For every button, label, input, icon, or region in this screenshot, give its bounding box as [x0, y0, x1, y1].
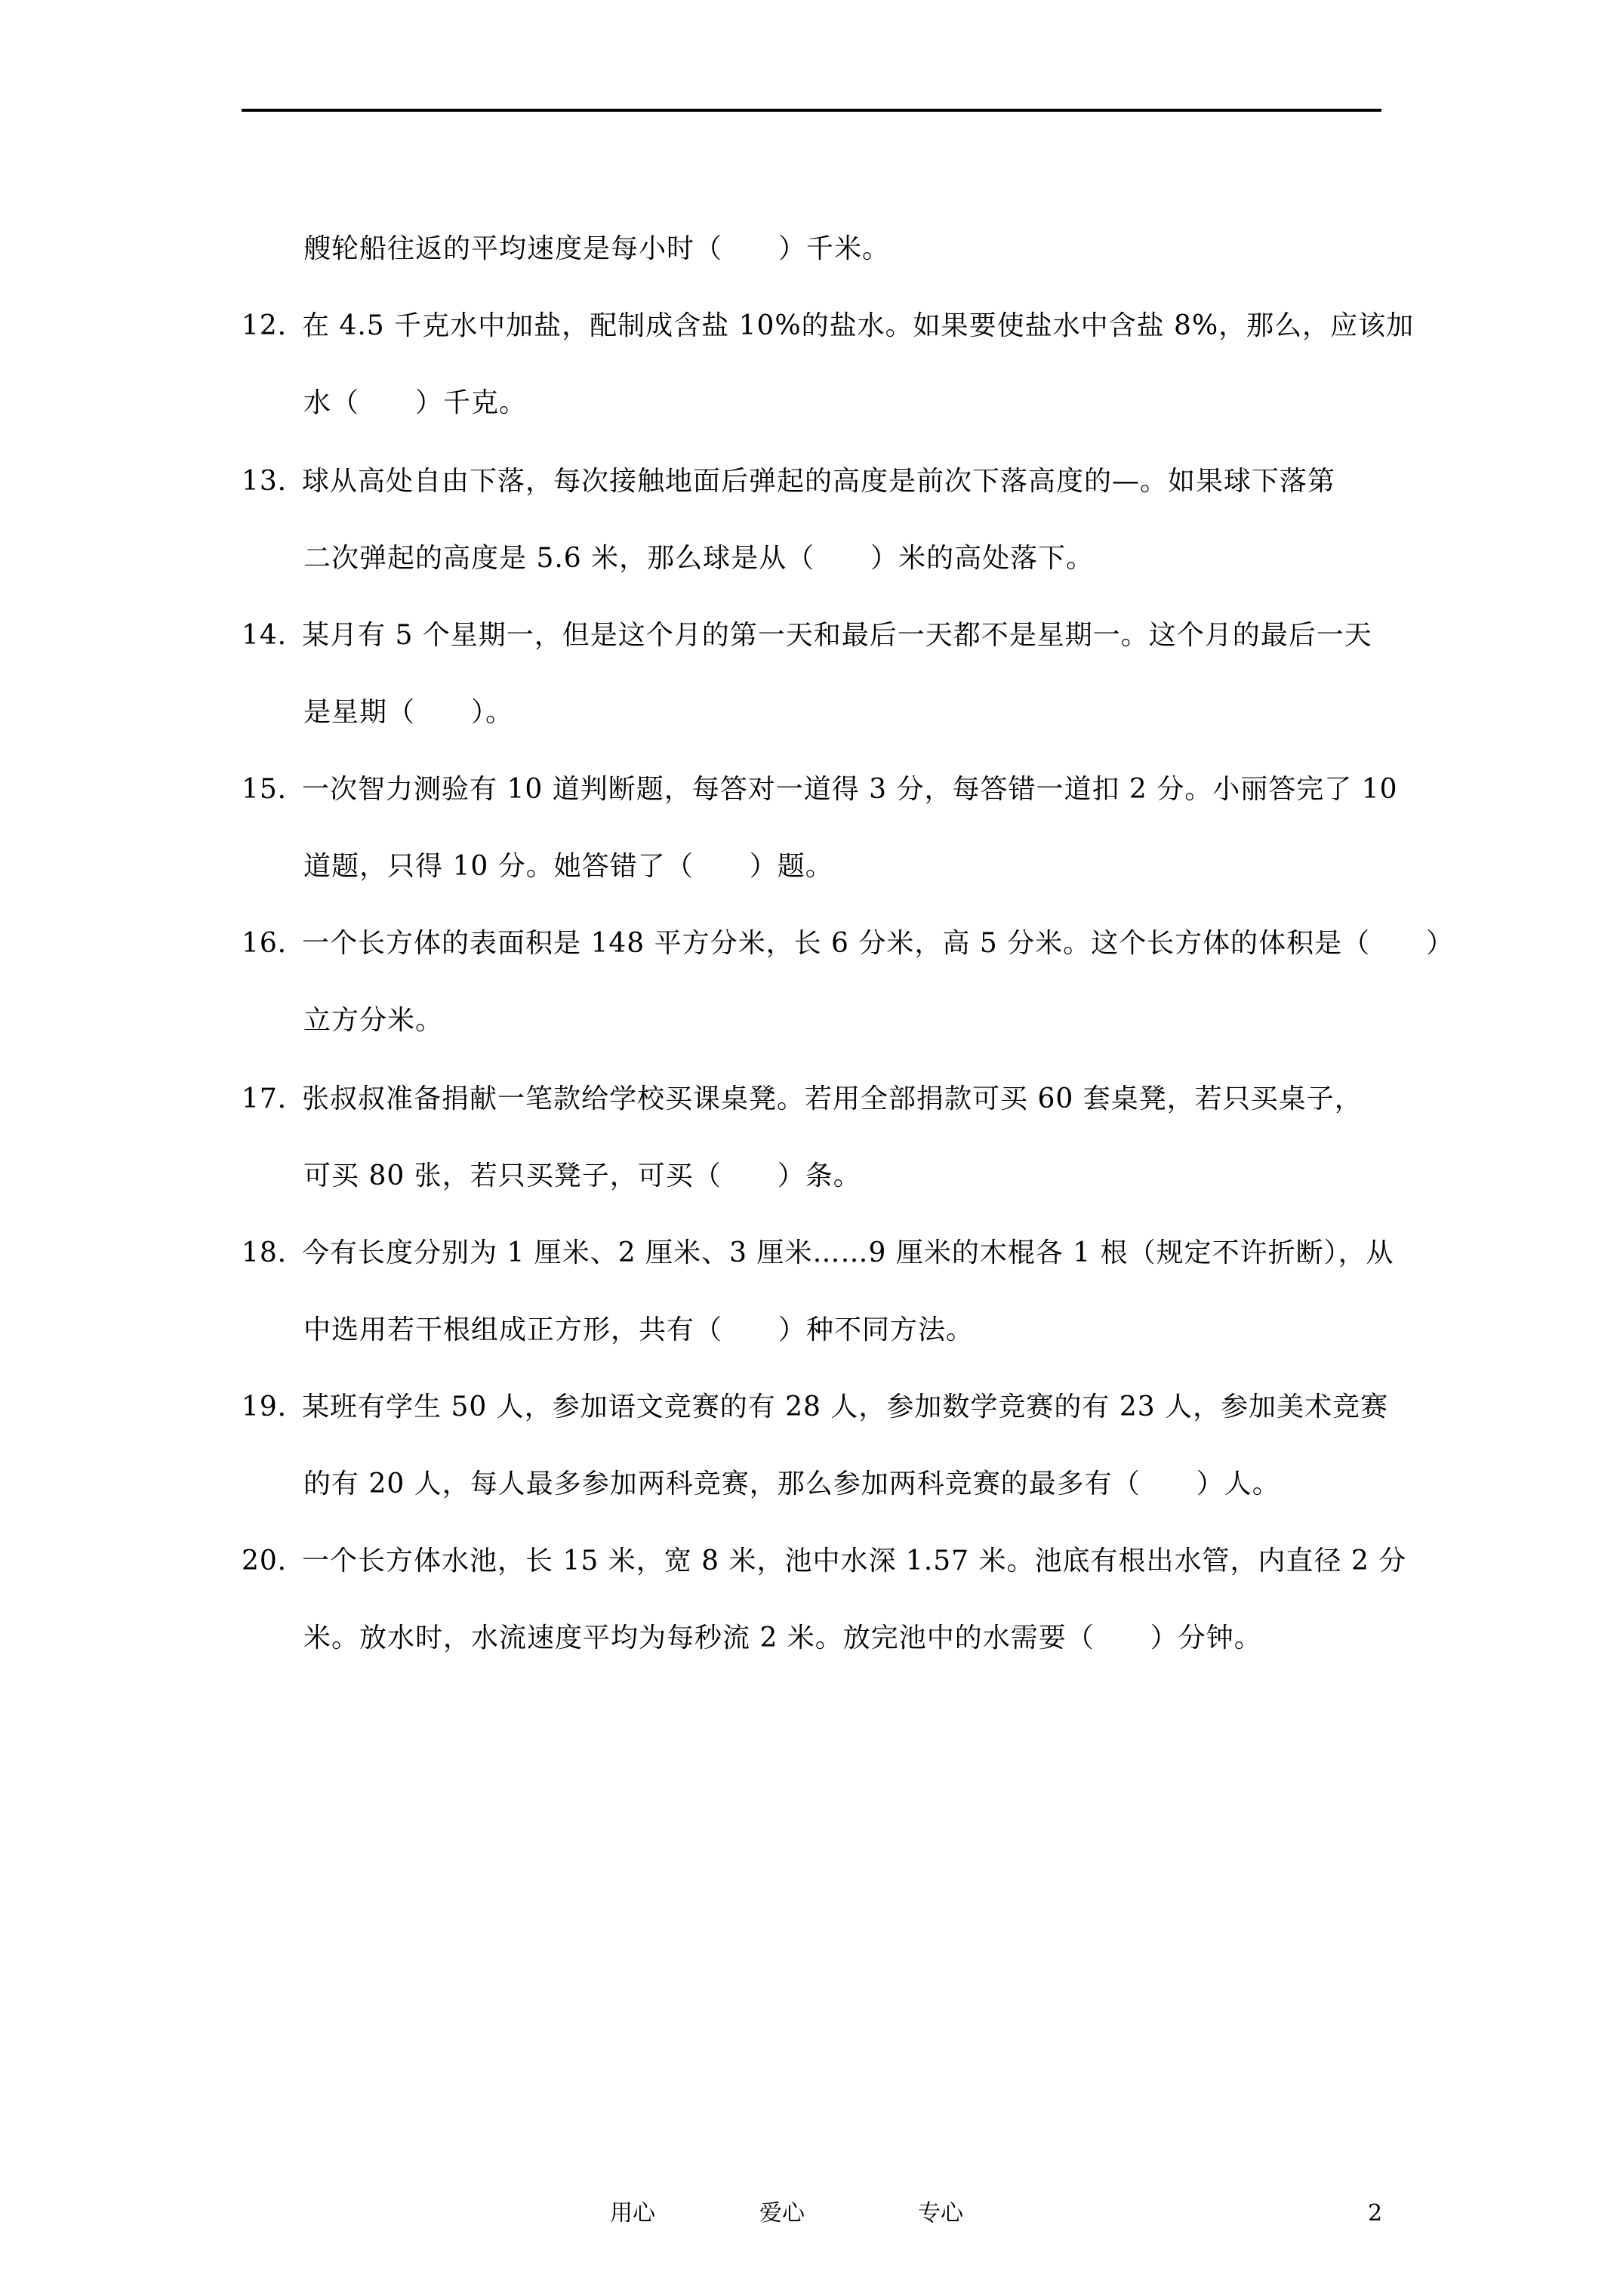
question-number: 14．: [242, 619, 302, 652]
question-19-cont: 的有 20 人，每人最多参加两科竞赛，那么参加两科竞赛的最多有（ ）人。: [303, 1468, 1280, 1501]
question-number: 17．: [242, 1083, 302, 1116]
footer-motto-1: 用心: [610, 2199, 655, 2229]
question-text: 张叔叔准备捐献一笔款给学校买课桌凳。若用全部捐款可买 60 套桌凳，若只买桌子，: [302, 1083, 1363, 1114]
question-17-cont: 可买 80 张，若只买凳子，可买（ ）条。: [303, 1160, 861, 1193]
question-12-cont: 水（ ）千克。: [303, 387, 527, 420]
question-18-cont: 中选用若干根组成正方形，共有（ ）种不同方法。: [303, 1314, 974, 1347]
question-13: 13．球从高处自由下落，每次接触地面后弹起的高度是前次下落高度的—。如果球下落第: [242, 465, 1335, 498]
question-15-cont: 道题，只得 10 分。她答错了（ ）题。: [303, 850, 833, 883]
question-20-cont: 米。放水时，水流速度平均为每秒流 2 米。放完池中的水需要（ ）分钟。: [303, 1622, 1262, 1655]
question-text: 一个长方体的表面积是 148 平方分米，长 6 分米，高 5 分米。这个长方体的…: [302, 928, 1454, 959]
question-18: 18．今有长度分别为 1 厘米、2 厘米、3 厘米……9 厘米的木棍各 1 根（…: [242, 1237, 1394, 1270]
question-text: 今有长度分别为 1 厘米、2 厘米、3 厘米……9 厘米的木棍各 1 根（规定不…: [302, 1237, 1394, 1268]
question-14-cont: 是星期（ ）。: [303, 696, 513, 729]
question-19: 19．某班有学生 50 人，参加语文竞赛的有 28 人，参加数学竞赛的有 23 …: [242, 1391, 1388, 1424]
question-number: 16．: [242, 927, 302, 960]
question-text: 一个长方体水池，长 15 米，宽 8 米，池中水深 1.57 米。池底有根出水管…: [302, 1546, 1406, 1576]
page-number: 2: [1368, 2199, 1382, 2229]
question-number: 13．: [242, 465, 302, 498]
question-17: 17．张叔叔准备捐献一笔款给学校买课桌凳。若用全部捐款可买 60 套桌凳，若只买…: [242, 1083, 1363, 1116]
question-12: 12．在 4.5 千克水中加盐，配制成含盐 10%的盐水。如果要使盐水中含盐 8…: [242, 310, 1414, 343]
footer-motto-3: 专心: [918, 2199, 963, 2229]
question-16: 16．一个长方体的表面积是 148 平方分米，长 6 分米，高 5 分米。这个长…: [242, 927, 1454, 960]
question-20: 20．一个长方体水池，长 15 米，宽 8 米，池中水深 1.57 米。池底有根…: [242, 1545, 1406, 1578]
question-number: 20．: [242, 1545, 302, 1578]
question-16-cont: 立方分米。: [303, 1004, 443, 1037]
question-number: 18．: [242, 1237, 302, 1270]
header-rule: [242, 109, 1381, 112]
question-text: 某月有 5 个星期一，但是这个月的第一天和最后一天都不是星期一。这个月的最后一天: [302, 620, 1372, 651]
question-15: 15．一次智力测验有 10 道判断题，每答对一道得 3 分，每答错一道扣 2 分…: [242, 773, 1398, 806]
question-text: 某班有学生 50 人，参加语文竞赛的有 28 人，参加数学竞赛的有 23 人，参…: [302, 1391, 1388, 1422]
question-number: 19．: [242, 1391, 302, 1424]
question-number: 12．: [242, 310, 302, 343]
question-text: 球从高处自由下落，每次接触地面后弹起的高度是前次下落高度的—。如果球下落第: [302, 466, 1335, 497]
footer-motto-2: 爱心: [759, 2199, 805, 2229]
question-14: 14．某月有 5 个星期一，但是这个月的第一天和最后一天都不是星期一。这个月的最…: [242, 619, 1372, 652]
continuation-line: 艘轮船往返的平均速度是每小时（ ）千米。: [303, 233, 890, 266]
question-number: 15．: [242, 773, 302, 806]
question-13-cont: 二次弹起的高度是 5.6 米，那么球是从（ ）米的高处落下。: [303, 542, 1094, 575]
question-text: 在 4.5 千克水中加盐，配制成含盐 10%的盐水。如果要使盐水中含盐 8%，那…: [302, 310, 1414, 341]
question-text: 一次智力测验有 10 道判断题，每答对一道得 3 分，每答错一道扣 2 分。小丽…: [302, 774, 1398, 805]
